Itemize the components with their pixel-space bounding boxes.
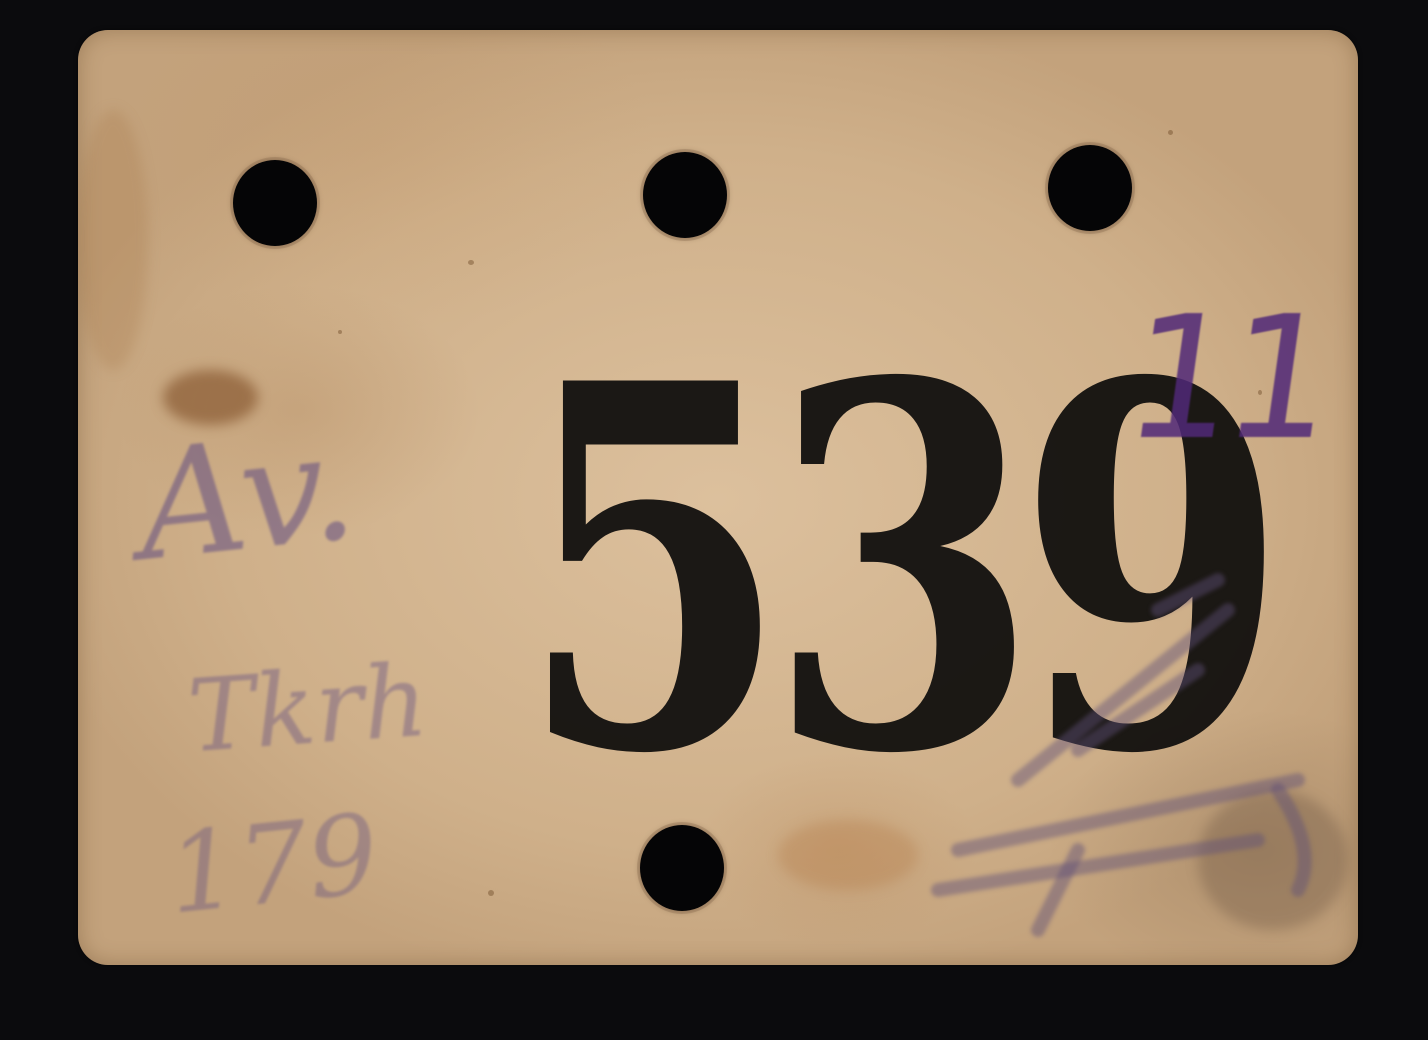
cardboard-tag: 539 11 Av. Tkrh 179 [78,30,1358,965]
speck [488,890,494,896]
speck [1168,130,1173,135]
pencil-annotation: Tkrh [184,642,431,775]
punch-hole-top-center [643,152,727,238]
punch-hole-top-left [233,160,317,246]
speck [338,330,342,334]
pencil-annotation: 179 [162,789,384,938]
pencil-annotation: Av. [130,399,364,595]
pencil-scribble [898,550,1358,950]
ink-annotation: 11 [1114,280,1338,478]
grime-stain [78,110,148,370]
speck [468,260,474,265]
punch-hole-top-right [1048,145,1132,231]
